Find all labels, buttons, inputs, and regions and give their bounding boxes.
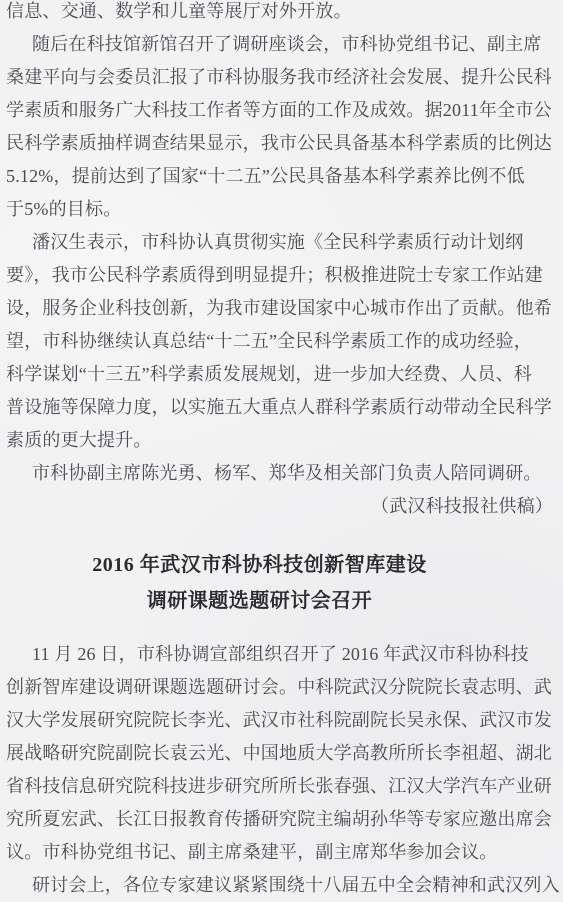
text-line: 创新智库建设调研课题选题研讨会。中科院武汉分院院长袁志明、武 xyxy=(6,671,559,704)
text-line: （武汉科技报社供稿） xyxy=(6,490,553,523)
text-line: 信息、交通、数学和儿童等展厅对外开放。 xyxy=(6,0,559,28)
text-line: 市科协副主席陈光勇、杨军、郑华及相关部门负责人陪同调研。 xyxy=(6,457,559,490)
text-line: 民科学素质抽样调查结果显示，我市公民具备基本科学素质的比例达 xyxy=(6,127,559,160)
text-line: 素质的更大提升。 xyxy=(6,424,559,457)
text-line: 究所夏宏武、长江日报教育传播研究院主编胡孙华等专家应邀出席会 xyxy=(6,803,559,836)
text-line: 调研课题选题研讨会召开 xyxy=(6,583,513,619)
text-line: 桑建平向与会委员汇报了市科协服务我市经济社会发展、提升公民科 xyxy=(6,61,559,94)
page-content: 信息、交通、数学和儿童等展厅对外开放。 随后在科技馆新馆召开了调研座谈会，市科协… xyxy=(0,0,563,902)
text-line: 2016 年武汉市科协科技创新智库建设 xyxy=(6,547,513,583)
text-line: 研讨会上，各位专家建议紧紧围绕十八届五中全会精神和武汉列入 xyxy=(6,869,559,902)
document-page: 信息、交通、数学和儿童等展厅对外开放。 随后在科技馆新馆召开了调研座谈会，市科协… xyxy=(0,0,563,902)
paragraph: 随后在科技馆新馆召开了调研座谈会，市科协党组书记、副主席桑建平向与会委员汇报了市… xyxy=(6,28,559,226)
article-1-body: 信息、交通、数学和儿童等展厅对外开放。 随后在科技馆新馆召开了调研座谈会，市科协… xyxy=(6,0,559,523)
paragraph: 研讨会上，各位专家建议紧紧围绕十八届五中全会精神和武汉列入 xyxy=(6,869,559,902)
text-line: 11 月 26 日，市科协调宣部组织召开了 2016 年武汉市科协科技 xyxy=(6,638,559,671)
text-line: 汉大学发展研究院院长李光、武汉市社科院副院长吴永保、武汉市发 xyxy=(6,704,559,737)
text-line: 学素质和服务广大科技工作者等方面的工作及成效。据2011年全市公 xyxy=(6,94,559,127)
text-line: 议。市科协党组书记、副主席桑建平，副主席郑华参加会议。 xyxy=(6,836,559,869)
text-line: 展战略研究院副院长袁云光、中国地质大学高教所所长李祖超、湖北 xyxy=(6,737,559,770)
article-2-body: 11 月 26 日，市科协调宣部组织召开了 2016 年武汉市科协科技创新智库建… xyxy=(6,638,559,902)
text-line: 5.12%，提前达到了国家“十二五”公民具备基本科学素养比例不低 xyxy=(6,160,559,193)
text-line: 望，市科协继续认真总结“十二五”全民科学素质工作的成功经验， xyxy=(6,325,559,358)
text-line: 随后在科技馆新馆召开了调研座谈会，市科协党组书记、副主席 xyxy=(6,28,559,61)
text-line: 普设施等保障力度，以实施五大重点人群科学素质行动带动全民科学 xyxy=(6,391,559,424)
text-line: 于5%的目标。 xyxy=(6,193,559,226)
paragraph-continuation: 信息、交通、数学和儿童等展厅对外开放。 xyxy=(6,0,559,28)
paragraph: 潘汉生表示，市科协认真贯彻实施《全民科学素质行动计划纲要》，我市公民科学素质得到… xyxy=(6,226,559,457)
article-2-title: 2016 年武汉市科协科技创新智库建设调研课题选题研讨会召开 xyxy=(6,547,513,619)
text-line: 潘汉生表示，市科协认真贯彻实施《全民科学素质行动计划纲 xyxy=(6,226,559,259)
paragraph: 11 月 26 日，市科协调宣部组织召开了 2016 年武汉市科协科技创新智库建… xyxy=(6,638,559,869)
text-line: 科学谋划“十三五”科学素质发展规划，进一步加大经费、人员、科 xyxy=(6,358,559,391)
text-line: 要》，我市公民科学素质得到明显提升；积极推进院士专家工作站建 xyxy=(6,259,559,292)
text-line: 设，服务企业科技创新，为我市建设国家中心城市作出了贡献。他希 xyxy=(6,292,559,325)
paragraph: 市科协副主席陈光勇、杨军、郑华及相关部门负责人陪同调研。 xyxy=(6,457,559,490)
text-line: 省科技信息研究院科技进步研究所所长张春强、江汉大学汽车产业研 xyxy=(6,770,559,803)
byline-source: （武汉科技报社供稿） xyxy=(6,490,559,523)
